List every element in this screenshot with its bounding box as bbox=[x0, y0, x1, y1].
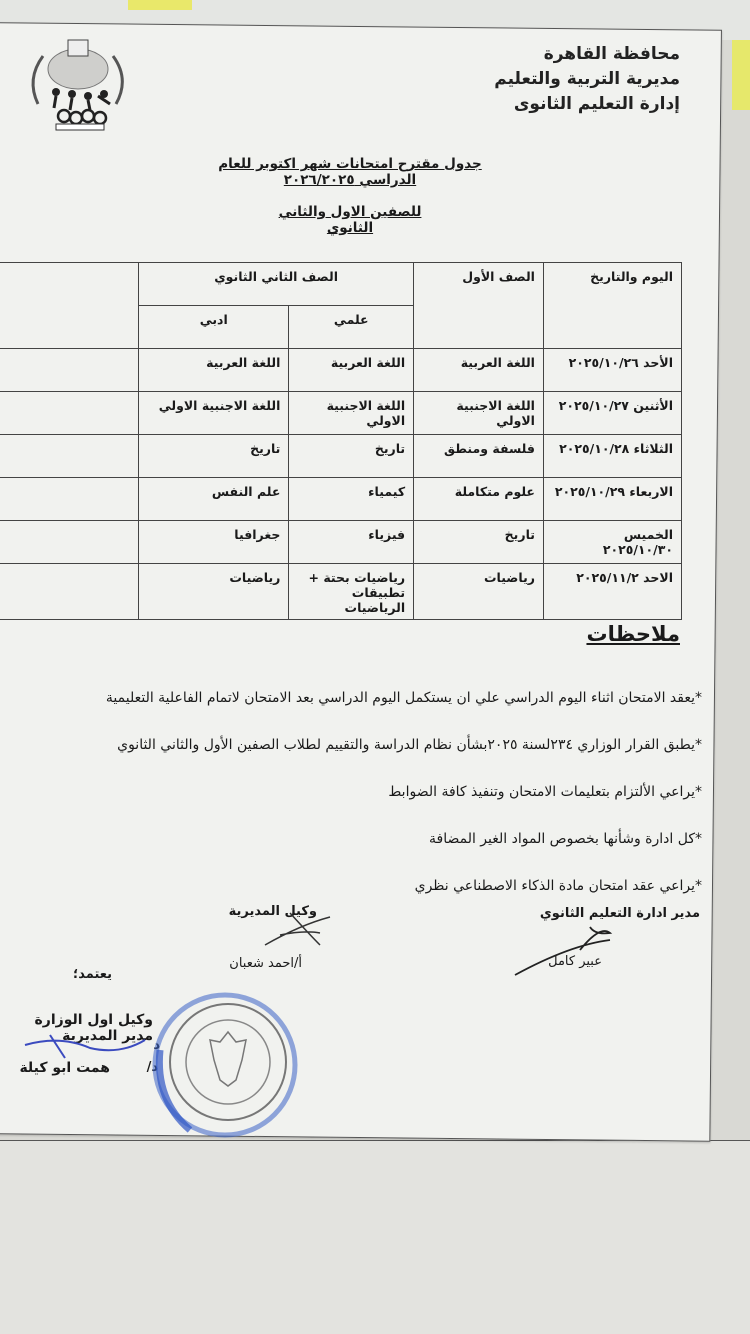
note-item: *يراعي عقد امتحان مادة الذكاء الاصطناعي … bbox=[106, 863, 702, 910]
cell-scientific: فيزياء bbox=[289, 521, 414, 564]
note-item: *كل ادارة وشأنها بخصوص المواد الغير المض… bbox=[106, 816, 702, 863]
header-day-date: اليوم والتاريخ bbox=[543, 263, 681, 349]
exam-schedule-table: اليوم والتاريخ الصف الأول الصف الثاني ال… bbox=[0, 262, 682, 620]
cell-literary: علم النفس bbox=[139, 478, 289, 521]
cell-blank bbox=[0, 349, 139, 392]
cell-date: الخميس ٢٠٢٥/١٠/٣٠ bbox=[543, 521, 681, 564]
header-scientific: علمي bbox=[289, 306, 414, 349]
deputy-name: أ/احمد شعبان bbox=[229, 956, 302, 971]
table-row: الأثنين ٢٠٢٥/١٠/٢٧ اللغة الاجنبية الاولي… bbox=[0, 392, 682, 435]
table-row: الأحد ٢٠٢٥/١٠/٢٦ اللغة العربية اللغة الع… bbox=[0, 349, 682, 392]
table-header-row: اليوم والتاريخ الصف الأول الصف الثاني ال… bbox=[0, 263, 682, 306]
cell-scientific: اللغة الاجنبية الاولي bbox=[289, 392, 414, 435]
ministry-education-emblem-icon bbox=[18, 34, 136, 132]
cell-scientific: اللغة العربية bbox=[289, 349, 414, 392]
cell-blank bbox=[0, 564, 139, 620]
cell-blank bbox=[0, 478, 139, 521]
note-item: *يطبق القرار الوزاري ٢٣٤لسنة ٢٠٢٥بشأن نظ… bbox=[106, 722, 702, 769]
header-grade1: الصف الأول bbox=[414, 263, 544, 349]
cell-literary: رياضيات bbox=[139, 564, 289, 620]
cell-grade1: اللغة الاجنبية الاولي bbox=[414, 392, 544, 435]
cell-grade1: اللغة العربية bbox=[414, 349, 544, 392]
cell-grade1: تاريخ bbox=[414, 521, 544, 564]
underlying-sheet bbox=[0, 1140, 750, 1334]
note-item: *يعقد الامتحان اثناء اليوم الدراسي علي ا… bbox=[106, 675, 702, 722]
cell-literary: جغرافيا bbox=[139, 521, 289, 564]
signature-icon bbox=[20, 1030, 150, 1060]
cell-date: الاحد ٢٠٢٥/١١/٢ bbox=[543, 564, 681, 620]
cell-grade1: علوم متكاملة bbox=[414, 478, 544, 521]
notes-list: *يعقد الامتحان اثناء اليوم الدراسي علي ا… bbox=[106, 675, 702, 910]
table-row: الخميس ٢٠٢٥/١٠/٣٠ تاريخ فيزياء جغرافيا bbox=[0, 521, 682, 564]
notes-heading: ملاحظات bbox=[586, 622, 680, 646]
cell-literary: اللغة العربية bbox=[139, 349, 289, 392]
cell-date: الأحد ٢٠٢٥/١٠/٢٦ bbox=[543, 349, 681, 392]
directorate-name: مديرية التربية والتعليم bbox=[494, 67, 680, 92]
official-eagle-stamp-icon bbox=[150, 990, 300, 1140]
signature-icon bbox=[510, 915, 620, 980]
cell-scientific: كيمياء bbox=[289, 478, 414, 521]
issuing-authority: محافظة القاهرة مديرية التربية والتعليم إ… bbox=[494, 42, 680, 117]
governorate-name: محافظة القاهرة bbox=[494, 42, 680, 67]
cell-blank bbox=[0, 392, 139, 435]
blank-column bbox=[0, 263, 139, 349]
cell-date: الثلاثاء ٢٠٢٥/١٠/٢٨ bbox=[543, 435, 681, 478]
document-title: جدول مقترح امتحانات شهر اكتوبر للعام الد… bbox=[200, 156, 500, 188]
cell-date: الأثنين ٢٠٢٥/١٠/٢٧ bbox=[543, 392, 681, 435]
table-row: الثلاثاء ٢٠٢٥/١٠/٢٨ فلسفة ومنطق تاريخ تا… bbox=[0, 435, 682, 478]
cell-blank bbox=[0, 435, 139, 478]
yellow-sticky-tab bbox=[128, 0, 192, 10]
note-item: *يراعي الألتزام بتعليمات الامتحان وتنفيذ… bbox=[106, 769, 702, 816]
approval-label: يعتمد؛ bbox=[73, 967, 112, 982]
cell-literary: تاريخ bbox=[139, 435, 289, 478]
table-row: الاحد ٢٠٢٥/١١/٢ رياضيات رياضيات بحتة + ت… bbox=[0, 564, 682, 620]
administration-name: إدارة التعليم الثانوى bbox=[494, 92, 680, 117]
signature-icon bbox=[260, 905, 340, 955]
table-row: الاربعاء ٢٠٢٥/١٠/٢٩ علوم متكاملة كيمياء … bbox=[0, 478, 682, 521]
cell-grade1: رياضيات bbox=[414, 564, 544, 620]
undersecretary-name: همت ابو كيلة bbox=[19, 1060, 110, 1076]
document-subtitle: للصفين الاول والثاني الثانوي bbox=[260, 204, 440, 236]
cell-literary: اللغة الاجنبية الاولي bbox=[139, 392, 289, 435]
cell-scientific: رياضيات بحتة + تطبيقات الرياضيات bbox=[289, 564, 414, 620]
header-literary: ادبي bbox=[139, 306, 289, 349]
cell-date: الاربعاء ٢٠٢٥/١٠/٢٩ bbox=[543, 478, 681, 521]
yellow-sticky-side bbox=[732, 40, 750, 110]
header-grade2: الصف الثاني الثانوي bbox=[139, 263, 414, 306]
cell-blank bbox=[0, 521, 139, 564]
cell-scientific: تاريخ bbox=[289, 435, 414, 478]
cell-grade1: فلسفة ومنطق bbox=[414, 435, 544, 478]
